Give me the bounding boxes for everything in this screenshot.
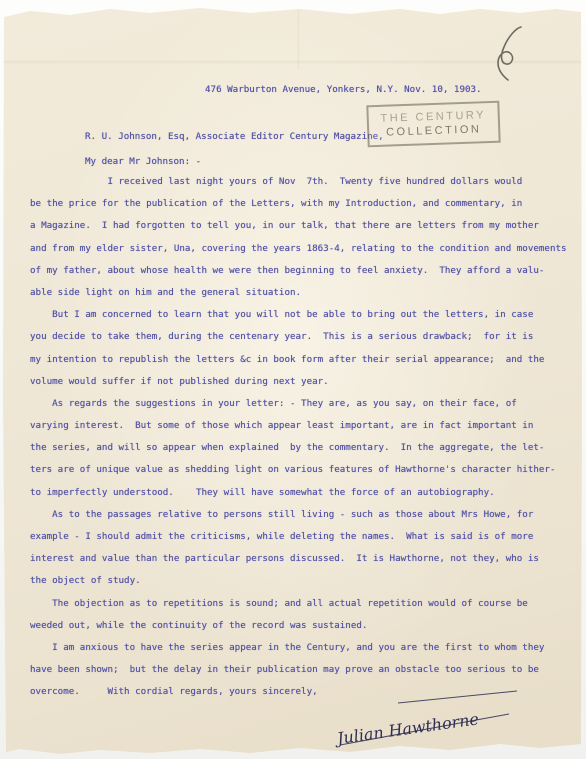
letter-body-line: be the price for the publication of the …	[30, 198, 567, 220]
letter-body-line: the series, and will so appear when expl…	[30, 442, 567, 464]
letter-addressee: R. U. Johnson, Esq, Associate Editor Cen…	[85, 131, 384, 142]
letter-body-line: As regards the suggestions in your lette…	[30, 398, 567, 420]
stamp-line-2: COLLECTION	[386, 123, 482, 139]
letter-body-line: I am anxious to have the series appear i…	[30, 642, 567, 664]
letter-body-line: weeded out, while the continuity of the …	[30, 620, 567, 642]
signature-block: Julian Hawthorne	[328, 688, 524, 754]
letter-body-line: to imperfectly understood. They will hav…	[30, 487, 567, 509]
century-collection-stamp: THE CENTURY COLLECTION	[366, 101, 500, 148]
pencil-mark-icon	[488, 24, 530, 82]
letter-body-line: volume would suffer if not published dur…	[30, 376, 567, 398]
letter-body-line: the object of study.	[30, 575, 567, 597]
letter-body-line: have been shown; but the delay in their …	[30, 664, 567, 686]
letter-body-line: my intention to republish the letters &c…	[30, 354, 567, 376]
letter-body-line: But I am concerned to learn that you wil…	[30, 309, 567, 331]
letter-body-line: The objection as to repetitions is sound…	[30, 598, 567, 620]
letter-body-line: interest and value than the particular p…	[30, 553, 567, 575]
signature-flourish: Julian Hawthorne	[328, 688, 524, 750]
letter-body-line: I received last night yours of Nov 7th. …	[30, 176, 567, 198]
letter-body-line: As to the passages relative to persons s…	[30, 509, 567, 531]
letter-dateline: 476 Warburton Avenue, Yonkers, N.Y. Nov.…	[205, 84, 482, 95]
signature-text: Julian Hawthorne	[333, 709, 480, 748]
scan-background: 476 Warburton Avenue, Yonkers, N.Y. Nov.…	[0, 0, 586, 759]
letter-body-line: ters are of unique value as shedding lig…	[30, 464, 567, 486]
letter-salutation: My dear Mr Johnson: -	[85, 156, 201, 167]
letter-body-line: and from my elder sister, Una, covering …	[30, 243, 567, 265]
letter-body-line: a Magazine. I had forgotten to tell you,…	[30, 220, 567, 242]
letter-body: I received last night yours of Nov 7th. …	[30, 176, 567, 709]
paper-crease-vertical	[297, 10, 300, 70]
letter-page: 476 Warburton Avenue, Yonkers, N.Y. Nov.…	[0, 0, 586, 759]
letter-body-line: of my father, about whose health we were…	[30, 265, 567, 287]
letter-body-line: example - I should admit the criticisms,…	[30, 531, 567, 553]
letter-body-line: varying interest. But some of those whic…	[30, 420, 567, 442]
letter-body-line: able side light on him and the general s…	[30, 287, 567, 309]
letter-body-line: you decide to take them, during the cent…	[30, 331, 567, 353]
